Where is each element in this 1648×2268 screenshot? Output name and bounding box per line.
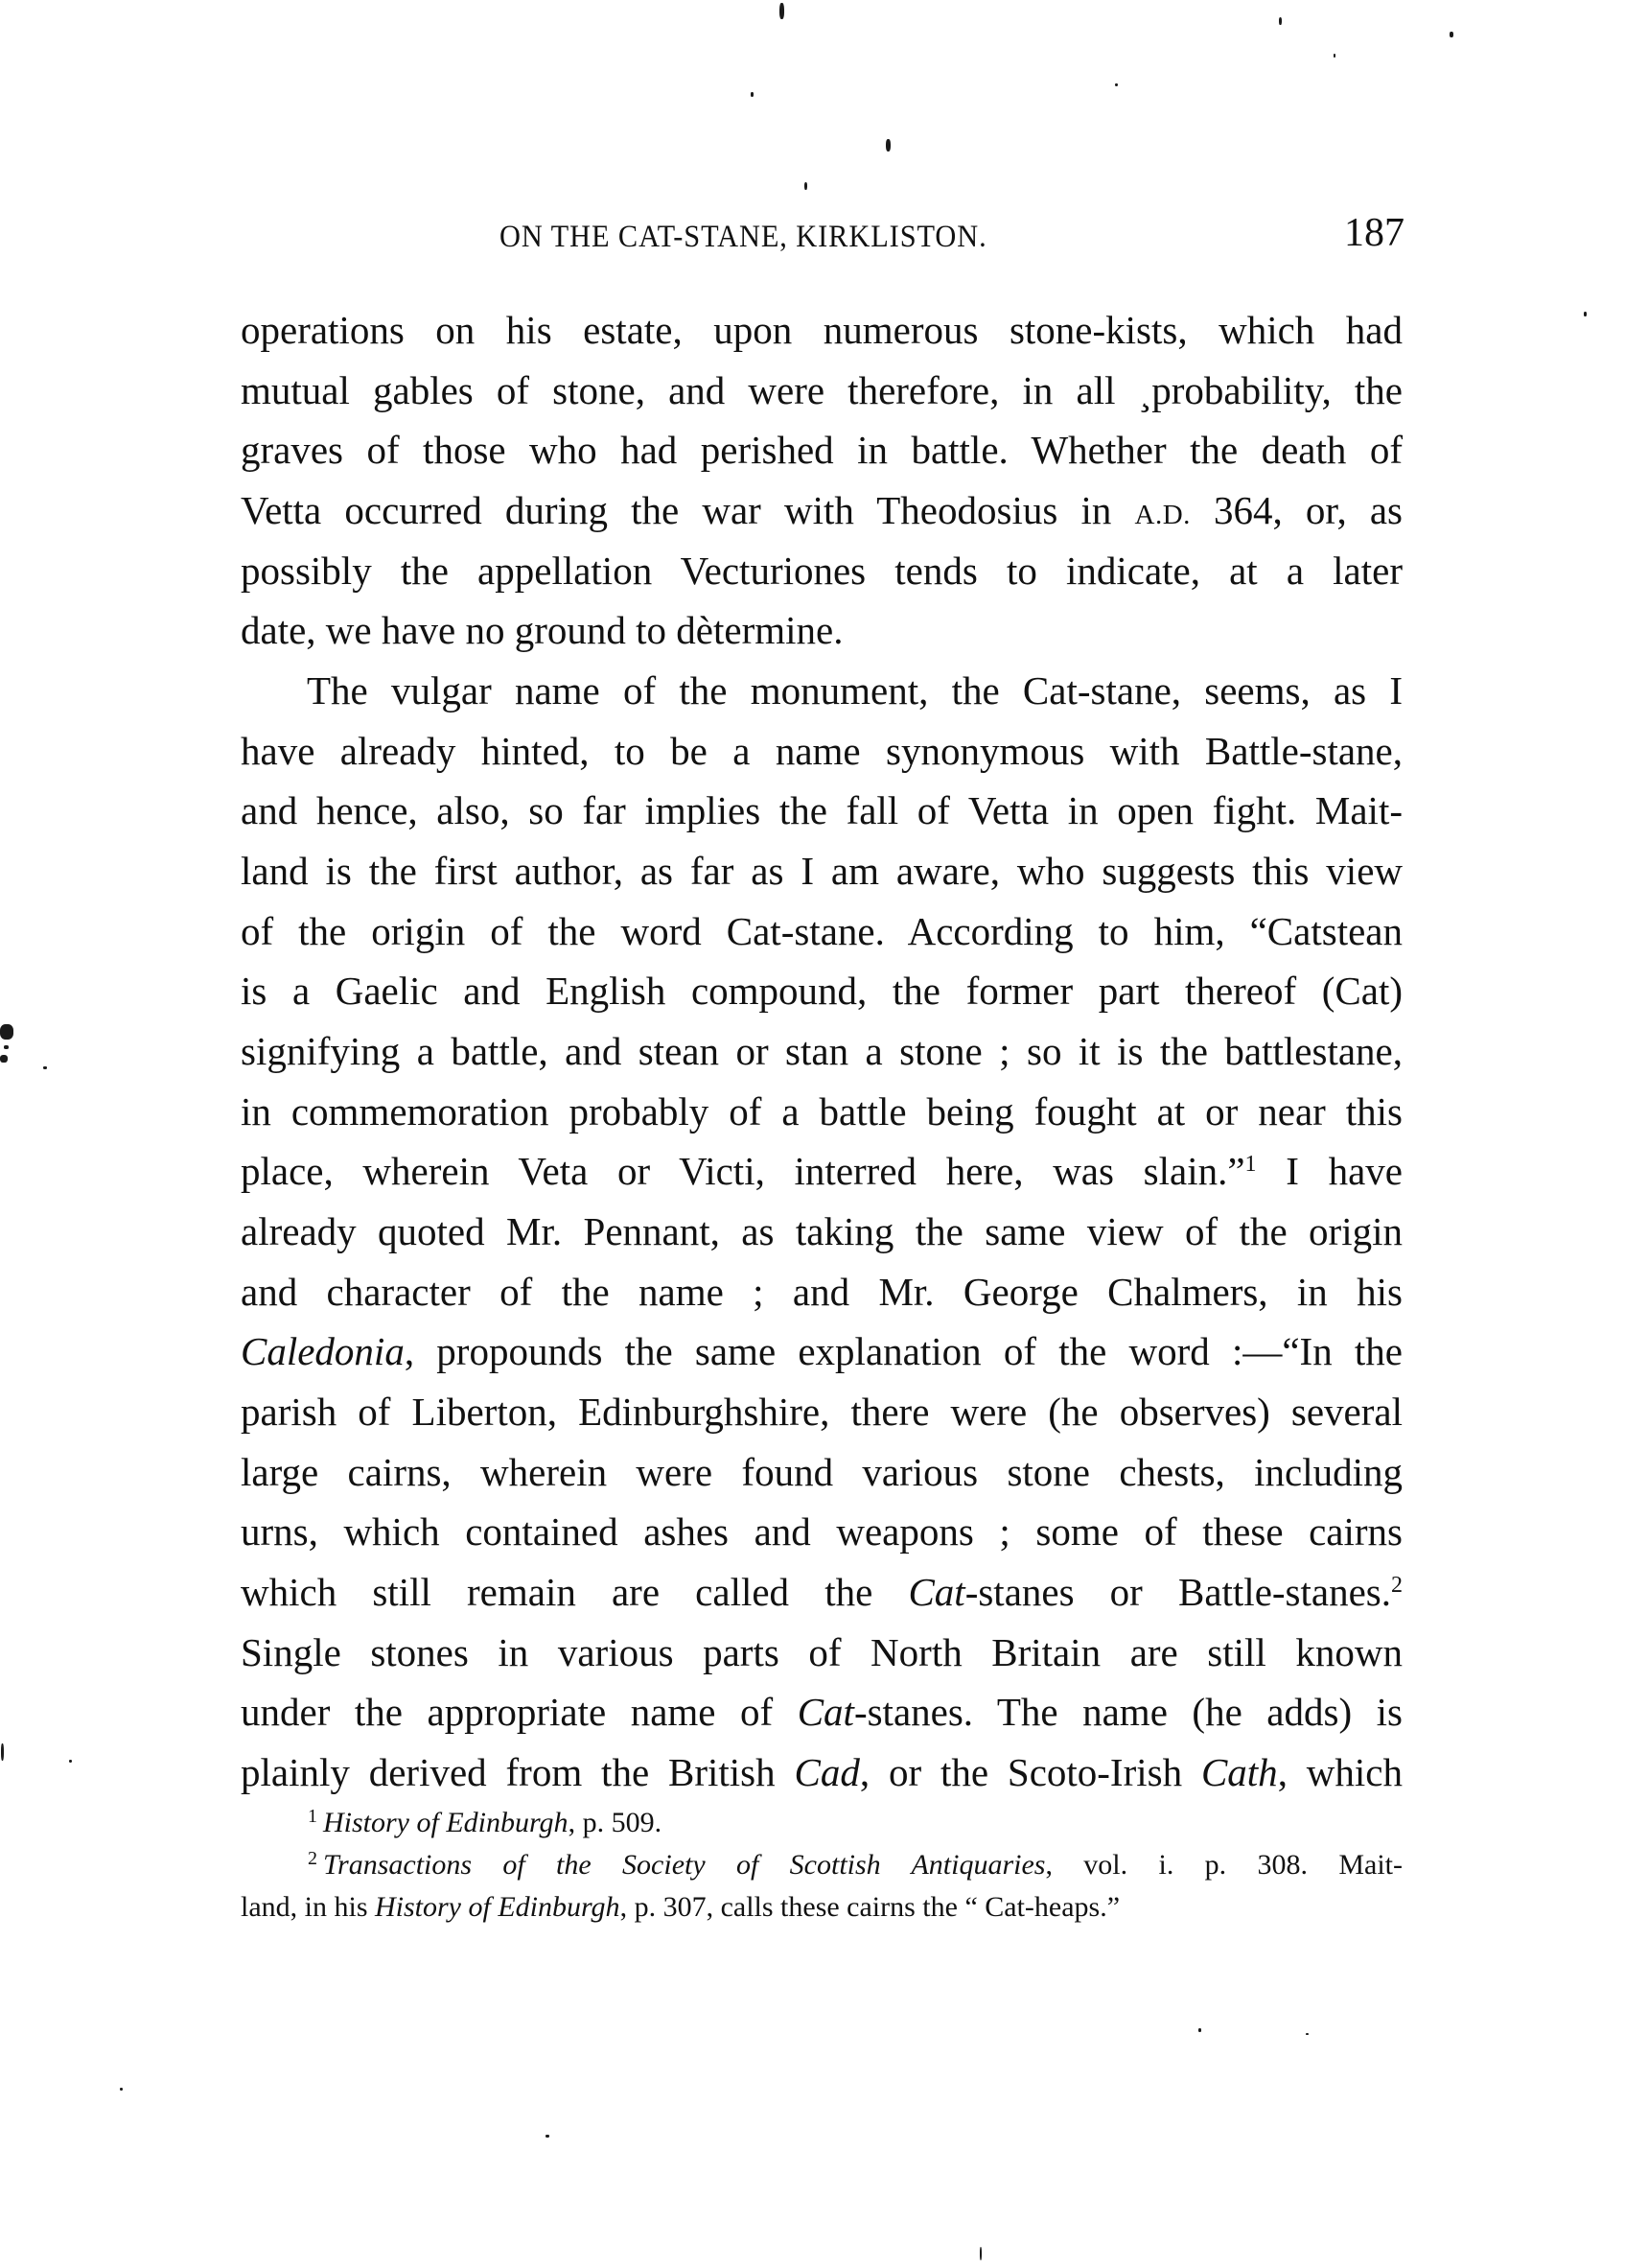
text-run: mutual gables of stone, and were therefo… <box>241 368 1403 412</box>
text-run: possibly the appellation Vecturiones ten… <box>241 549 1403 593</box>
scan-speck <box>886 139 891 152</box>
italic-run: Cat <box>908 1570 964 1614</box>
text-line: Vetta occurred during the war with Theod… <box>241 480 1403 540</box>
text-line: have already hinted, to be a name synony… <box>241 721 1403 781</box>
footnote-line: 1History of Edinburgh, p. 509. <box>308 1802 1403 1844</box>
text-run: in commemoration probably of a battle be… <box>241 1089 1403 1134</box>
text-line: possibly the appellation Vecturiones ten… <box>241 541 1403 600</box>
small-caps-run: A.D. <box>1135 500 1191 530</box>
text-run: large cairns, wherein were found various… <box>241 1450 1403 1494</box>
text-run: have already hinted, to be a name synony… <box>241 729 1403 773</box>
footnote-marker: 2 <box>308 1848 317 1869</box>
scan-speck <box>1115 83 1118 86</box>
italic-run: History of Edinburgh <box>323 1807 569 1838</box>
text-run: , or the Scoto-Irish <box>860 1750 1201 1794</box>
text-run: signifying a battle, and stean or stan a… <box>241 1029 1403 1073</box>
scan-speck <box>1279 17 1282 25</box>
text-run: under the appropriate name of <box>241 1690 798 1734</box>
text-line: and character of the name ; and Mr. Geor… <box>241 1262 1403 1321</box>
text-run: The vulgar name of the monument, the Cat… <box>307 668 1403 713</box>
text-line: which still remain are called the Cat-st… <box>241 1562 1403 1622</box>
text-run: , vol. i. p. 308. Mait- <box>1045 1849 1403 1881</box>
text-line: signifying a battle, and stean or stan a… <box>241 1021 1403 1081</box>
text-line: graves of those who had perished in batt… <box>241 420 1403 479</box>
text-run: -stanes. The name (he adds) is <box>854 1690 1403 1734</box>
italic-run: Cath <box>1201 1750 1278 1794</box>
text-run: date, we have no ground to dètermine. <box>241 608 843 652</box>
scan-speck <box>0 1024 13 1040</box>
scan-speck <box>1450 32 1453 37</box>
text-line: date, we have no ground to dètermine. <box>241 600 1403 660</box>
text-run: I have <box>1257 1149 1403 1193</box>
footnote-line: land, in his History of Edinburgh, p. 30… <box>241 1886 1403 1929</box>
text-line: Single stones in various parts of North … <box>241 1623 1403 1682</box>
text-run: and character of the name ; and Mr. Geor… <box>241 1270 1403 1314</box>
scan-speck <box>0 1055 8 1063</box>
text-line: place, wherein Veta or Victi, interred h… <box>241 1141 1403 1201</box>
text-run: , propounds the same explanation of the … <box>405 1329 1403 1373</box>
scan-speck <box>1584 312 1587 316</box>
text-run: and hence, also, so far implies the fall… <box>241 788 1403 832</box>
scan-speck <box>4 1045 9 1049</box>
text-line: already quoted Mr. Pennant, as taking th… <box>241 1202 1403 1261</box>
footnote-reference: 1 <box>1245 1152 1257 1177</box>
scan-speck <box>1334 54 1335 58</box>
text-line: in commemoration probably of a battle be… <box>241 1082 1403 1141</box>
text-line: urns, which contained ashes and weapons … <box>241 1502 1403 1561</box>
scan-speck <box>1306 2033 1309 2035</box>
text-run: of the origin of the word Cat-stane. Acc… <box>241 909 1403 953</box>
scan-speck <box>120 2088 123 2091</box>
scan-speck <box>751 92 754 97</box>
italic-run: Transactions of the Society of Scottish … <box>323 1849 1045 1881</box>
book-page: ON THE CAT-STANE, KIRKLISTON. 187 operat… <box>0 0 1648 2268</box>
text-line: is a Gaelic and English compound, the fo… <box>241 961 1403 1020</box>
scan-speck <box>980 2247 982 2260</box>
italic-run: History of Edinburgh <box>375 1891 620 1923</box>
text-run: plainly derived from the British <box>241 1750 794 1794</box>
text-run: land is the first author, as far as I am… <box>241 849 1403 893</box>
scan-speck <box>804 182 807 190</box>
page-number: 187 <box>1344 209 1404 257</box>
footnote-line: 2Transactions of the Society of Scottish… <box>308 1844 1403 1886</box>
scan-speck <box>43 1066 47 1069</box>
text-run: 364, or, as <box>1191 488 1403 532</box>
text-line: operations on his estate, upon numerous … <box>241 300 1403 360</box>
footnote-marker: 1 <box>308 1806 317 1827</box>
text-run: , p. 307, calls these cairns the “ Cat-h… <box>620 1891 1120 1923</box>
text-run: which still remain are called the <box>241 1570 908 1614</box>
scan-speck <box>69 1760 72 1763</box>
text-line: plainly derived from the British Cad, or… <box>241 1742 1403 1802</box>
text-run: Single stones in various parts of North … <box>241 1630 1403 1674</box>
text-run: urns, which contained ashes and weapons … <box>241 1509 1403 1554</box>
text-run: land, in his <box>241 1891 375 1923</box>
running-head: ON THE CAT-STANE, KIRKLISTON. 187 <box>499 213 1404 261</box>
scan-speck <box>1 1743 4 1761</box>
text-run: , p. 509. <box>569 1807 662 1838</box>
text-line: parish of Liberton, Edinburghshire, ther… <box>241 1382 1403 1441</box>
text-run: place, wherein Veta or Victi, interred h… <box>241 1149 1245 1193</box>
text-line: The vulgar name of the monument, the Cat… <box>307 661 1403 720</box>
italic-run: Cad <box>794 1750 859 1794</box>
text-line: land is the first author, as far as I am… <box>241 841 1403 900</box>
footnote-reference: 2 <box>1391 1573 1403 1598</box>
text-line: and hence, also, so far implies the fall… <box>241 781 1403 840</box>
text-line: Caledonia, propounds the same explanatio… <box>241 1321 1403 1381</box>
text-run: is a Gaelic and English compound, the fo… <box>241 969 1403 1013</box>
text-run: graves of those who had perished in batt… <box>241 428 1403 472</box>
scan-speck <box>1198 2028 1201 2032</box>
text-line: large cairns, wherein were found various… <box>241 1442 1403 1502</box>
text-run: parish of Liberton, Edinburghshire, ther… <box>241 1390 1403 1434</box>
italic-run: Cat <box>798 1690 854 1734</box>
text-line: under the appropriate name of Cat-stanes… <box>241 1682 1403 1742</box>
italic-run: Caledonia <box>241 1329 405 1373</box>
text-line: mutual gables of stone, and were therefo… <box>241 361 1403 420</box>
scan-speck <box>779 3 784 19</box>
text-run: operations on his estate, upon numerous … <box>241 308 1403 352</box>
text-line: of the origin of the word Cat-stane. Acc… <box>241 901 1403 961</box>
text-run: -stanes or Battle-stanes. <box>965 1570 1391 1614</box>
text-run: Vetta occurred during the war with Theod… <box>241 488 1135 532</box>
text-run: , which <box>1278 1750 1403 1794</box>
running-head-title: ON THE CAT-STANE, KIRKLISTON. <box>499 213 987 261</box>
text-run: already quoted Mr. Pennant, as taking th… <box>241 1209 1403 1253</box>
scan-speck <box>545 2135 549 2138</box>
